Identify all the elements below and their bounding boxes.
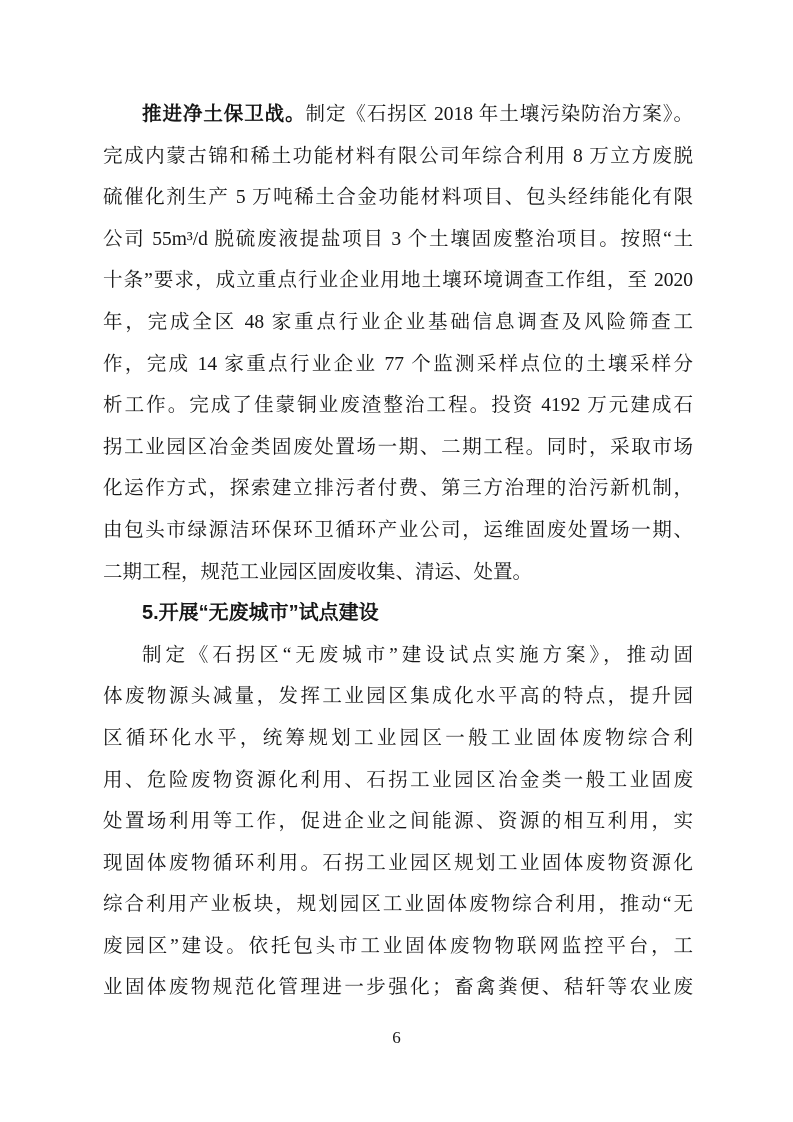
text-line: 区循环化水平，统筹规划工业园区一般工业固体废物综合利 — [103, 718, 693, 760]
text-segment: 年，完成全区 48 家重点行业企业基础信息调查及风险筛查工 — [103, 312, 693, 333]
text-segment: 区循环化水平，统筹规划工业园区一般工业固体废物综合利 — [103, 728, 693, 749]
text-line: 用、危险废物资源化利用、石拐工业园区冶金类一般工业固废 — [103, 760, 693, 802]
text-line: 十条”要求，成立重点行业企业用地土壤环境调查工作组，至 2020 — [103, 260, 693, 302]
text-line: 二期工程，规范工业园区固废收集、清运、处置。 — [103, 552, 693, 594]
text-segment: 体废物源头减量，发挥工业园区集成化水平高的特点，提升园 — [103, 686, 693, 707]
text-segment: 化运作方式，探索建立排污者付费、第三方治理的治污新机制， — [103, 478, 693, 499]
document-page: 推进净土保卫战。制定《石拐区 2018 年土壤污染防治方案》。完成内蒙古锦和稀土… — [0, 0, 793, 1122]
text-line: 析工作。完成了佳蒙铜业废渣整治工程。投资 4192 万元建成石 — [103, 385, 693, 427]
text-segment: 完成内蒙古锦和稀土功能材料有限公司年综合利用 8 万立方废脱 — [103, 146, 693, 167]
text-segment: 硫催化剂生产 5 万吨稀土合金功能材料项目、包头经纬能化有限 — [103, 187, 693, 208]
text-line: 硫催化剂生产 5 万吨稀土合金功能材料项目、包头经纬能化有限 — [103, 177, 693, 219]
text-segment: 业固体废物规范化管理进一步强化；畜禽粪便、秸轩等农业废 — [103, 977, 693, 998]
text-segment: 作，完成 14 家重点行业企业 77 个监测采样点位的土壤采样分 — [103, 354, 693, 375]
text-line: 完成内蒙古锦和稀土功能材料有限公司年综合利用 8 万立方废脱 — [103, 136, 693, 178]
text-line: 体废物源头减量，发挥工业园区集成化水平高的特点，提升园 — [103, 676, 693, 718]
text-line: 公司 55m³/d 脱硫废液提盐项目 3 个土壤固废整治项目。按照“土 — [103, 219, 693, 261]
text-segment: 制定《石拐区“无废城市”建设试点实施方案》，推动固 — [142, 645, 693, 666]
text-line: 废园区”建设。依托包头市工业固体废物物联网监控平台，工 — [103, 926, 693, 968]
text-segment: 十条”要求，成立重点行业企业用地土壤环境调查工作组，至 2020 — [103, 270, 693, 291]
text-segment: 二期工程，规范工业园区固废收集、清运、处置。 — [103, 562, 532, 583]
text-segment: 制定《石拐区 2018 年土壤污染防治方案》。 — [306, 104, 693, 125]
text-segment: 公司 55m³/d 脱硫废液提盐项目 3 个土壤固废整治项目。按照“土 — [103, 229, 693, 250]
text-line: 推进净土保卫战。制定《石拐区 2018 年土壤污染防治方案》。 — [103, 94, 693, 136]
text-line: 化运作方式，探索建立排污者付费、第三方治理的治污新机制， — [103, 468, 693, 510]
text-segment: 现固体废物循环利用。石拐工业园区规划工业固体废物资源化 — [103, 853, 693, 874]
bold-text-segment: 推进净土保卫战。 — [142, 103, 306, 125]
text-line: 作，完成 14 家重点行业企业 77 个监测采样点位的土壤采样分 — [103, 344, 693, 386]
text-line: 年，完成全区 48 家重点行业企业基础信息调查及风险筛查工 — [103, 302, 693, 344]
text-line: 拐工业园区冶金类固废处置场一期、二期工程。同时，采取市场 — [103, 427, 693, 469]
bold-text-segment: 5.开展“无废城市”试点建设 — [142, 602, 379, 624]
section-heading: 5.开展“无废城市”试点建设 — [103, 593, 693, 635]
text-segment: 处置场利用等工作，促进企业之间能源、资源的相互利用，实 — [103, 811, 693, 832]
text-segment: 析工作。完成了佳蒙铜业废渣整治工程。投资 4192 万元建成石 — [103, 395, 693, 416]
text-line: 由包头市绿源洁环保环卫循环产业公司，运维固废处置场一期、 — [103, 510, 693, 552]
page-number: 6 — [0, 1028, 793, 1048]
text-segment: 用、危险废物资源化利用、石拐工业园区冶金类一般工业固废 — [103, 770, 693, 791]
text-line: 处置场利用等工作，促进企业之间能源、资源的相互利用，实 — [103, 801, 693, 843]
text-segment: 综合利用产业板块，规划园区工业固体废物综合利用，推动“无 — [103, 894, 693, 915]
text-segment: 废园区”建设。依托包头市工业固体废物物联网监控平台，工 — [103, 936, 693, 957]
text-line: 综合利用产业板块，规划园区工业固体废物综合利用，推动“无 — [103, 884, 693, 926]
text-segment: 拐工业园区冶金类固废处置场一期、二期工程。同时，采取市场 — [103, 437, 693, 458]
text-line: 制定《石拐区“无废城市”建设试点实施方案》，推动固 — [103, 635, 693, 677]
text-segment: 由包头市绿源洁环保环卫循环产业公司，运维固废处置场一期、 — [103, 520, 693, 541]
text-line: 业固体废物规范化管理进一步强化；畜禽粪便、秸轩等农业废 — [103, 967, 693, 1009]
text-line: 现固体废物循环利用。石拐工业园区规划工业固体废物资源化 — [103, 843, 693, 885]
text-block: 推进净土保卫战。制定《石拐区 2018 年土壤污染防治方案》。完成内蒙古锦和稀土… — [103, 94, 693, 1009]
